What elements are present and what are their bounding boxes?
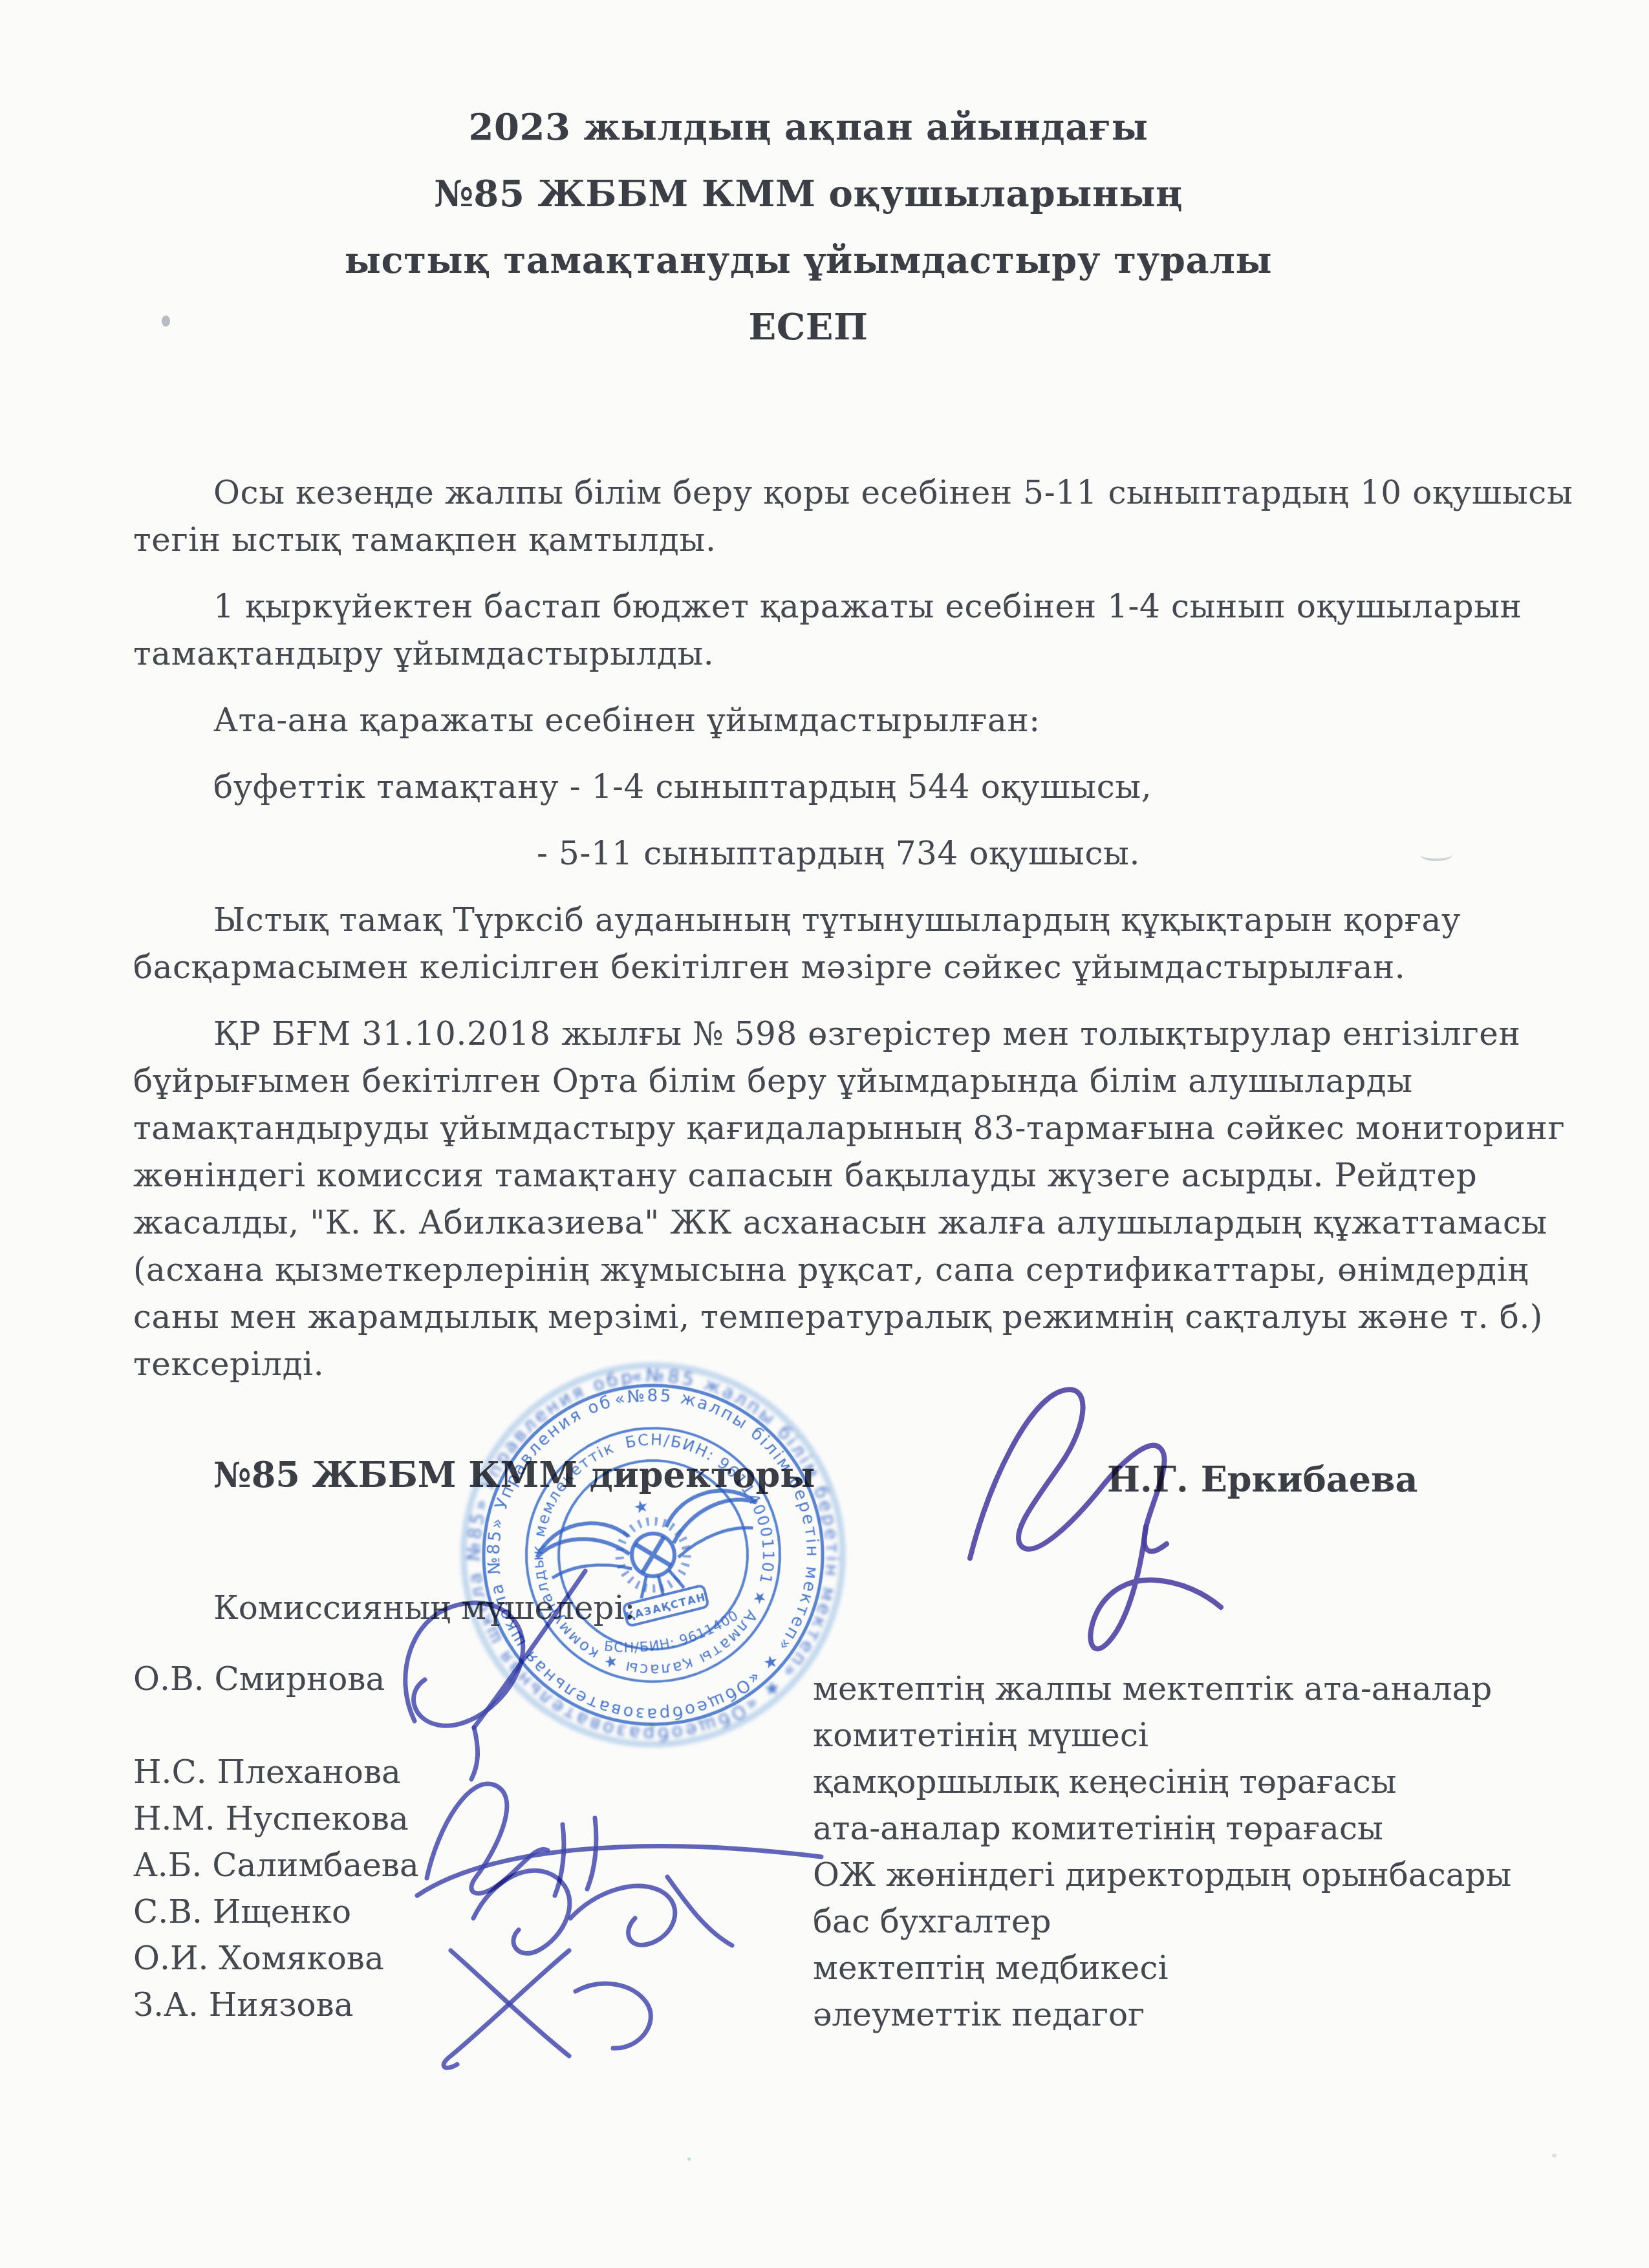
member-role: қамқоршылық кеңесінің төрағасы — [813, 1759, 1511, 1805]
report-body-line: тегін ыстық тамақпен қамтылды. — [0, 517, 1649, 564]
member-role: бас бухгалтер — [813, 1898, 1511, 1945]
member-role: ата-аналар комитетінің төрағасы — [813, 1805, 1511, 1852]
report-body-line: - 5-11 сыныптардың 734 оқушысы. — [0, 830, 1649, 877]
scan-speck — [162, 316, 170, 326]
report-body-line: тамақтандыруды ұйымдастыру қағидаларының… — [0, 1105, 1649, 1152]
report-title-line: ыстық тамақтануды ұйымдастыру туралы — [113, 228, 1503, 294]
report-body-line: буфеттік тамақтану - 1-4 сыныптардың 544… — [0, 764, 1649, 811]
scan-speck — [687, 2157, 691, 2161]
report-body-line: Осы кезеңде жалпы білім беру қоры есебін… — [0, 469, 1649, 517]
report-title-line: 2023 жылдың ақпан айындағы — [113, 94, 1503, 161]
member-name: Н.М. Нуспекова — [133, 1795, 419, 1842]
report-title-line: №85 ЖББМ КММ оқушыларының — [113, 161, 1503, 228]
member-name: О.И. Хомякова — [133, 1935, 419, 1982]
scan-speck — [1552, 2154, 1557, 2157]
member-name: А.Б. Салимбаева — [133, 1842, 419, 1888]
commission-member-roles: мектептің жалпы мектептік ата-аналаркоми… — [813, 1665, 1511, 2038]
member-role: комитетінің мүшесі — [813, 1712, 1511, 1759]
report-title: 2023 жылдың ақпан айындағы№85 ЖББМ КММ о… — [113, 94, 1503, 361]
report-body-line: басқармасымен келісілген бекітілген мәзі… — [0, 944, 1649, 991]
report-body-line: 1 қыркүйектен бастап бюджет қаражаты есе… — [0, 583, 1649, 630]
member-name: З.А. Ниязова — [133, 1982, 419, 2028]
report-body-line: жасалды, "К. К. Абилказиева" ЖК асханасы… — [0, 1199, 1649, 1246]
report-body: Осы кезеңде жалпы білім беру қоры есебін… — [0, 450, 1649, 1388]
director-signature — [931, 1364, 1242, 1681]
report-body-line: (асхана қызметкерлерінің жұмысына рұқсат… — [0, 1246, 1649, 1294]
signature-khomyakova — [411, 1923, 676, 2079]
report-body-line: тамақтандыру ұйымдастырылды. — [0, 630, 1649, 678]
star-icon: ★ — [632, 1496, 651, 1519]
member-role: мектептің медбикесі — [813, 1945, 1511, 1991]
member-name: С.В. Ищенко — [133, 1888, 419, 1935]
member-role: әлеуметтік педагог — [813, 1991, 1511, 2038]
scanned-report-page: 2023 жылдың ақпан айындағы№85 ЖББМ КММ о… — [0, 0, 1649, 2268]
member-role: ОЖ жөніндегі директордың орынбасары — [813, 1852, 1511, 1898]
report-title-line: ЕСЕП — [113, 294, 1503, 361]
report-body-line: Ата-ана қаражаты есебінен ұйымдастырылға… — [0, 697, 1649, 744]
report-body-line: жөніндегі комиссия тамақтану сапасын бақ… — [0, 1152, 1649, 1199]
report-body-line: Ыстық тамақ Түрксіб ауданының тұтынушыла… — [0, 897, 1649, 944]
scan-speck — [1420, 848, 1452, 861]
report-body-line: ҚР БҒМ 31.10.2018 жылғы № 598 өзгерістер… — [0, 1011, 1649, 1058]
report-body-line: бұйрығымен бекітілген Орта білім беру ұй… — [0, 1058, 1649, 1105]
